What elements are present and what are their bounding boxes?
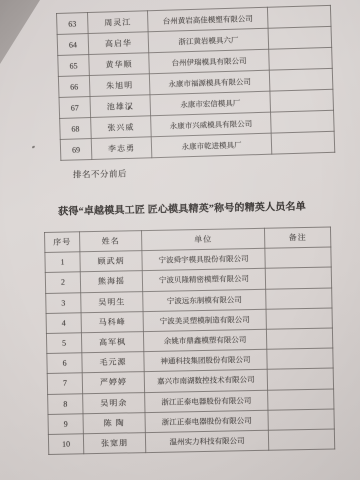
cell-unit: 浙江正泰电器股份有限公司: [145, 390, 268, 413]
cell-no: 1: [45, 252, 80, 273]
ranking-table: 63 周灵江 台州黄岩高佳模塑有限公司 64 高启华 浙江黄岩模具六厂 65 黄…: [56, 5, 335, 161]
cell-remark: [271, 110, 335, 133]
cell-name: 高军枫: [81, 332, 143, 353]
cell-no: 69: [60, 139, 92, 161]
cell-unit: 宁波远东制模有限公司: [143, 289, 266, 312]
cell-no: 8: [48, 393, 83, 414]
cell-remark: [266, 308, 332, 329]
cell-name: 顾武炳: [80, 251, 142, 272]
cell-unit: 宁波贝隆精密模塑有限公司: [142, 269, 265, 292]
cell-name: 严婷婷: [82, 372, 144, 393]
cell-no: 3: [46, 292, 81, 313]
cell-unit: 余姚市鼎鑫模塑有限公司: [143, 329, 266, 352]
cell-name: 黄华顺: [89, 53, 150, 76]
cell-remark: [266, 328, 332, 349]
cell-name: 吴明余: [83, 392, 145, 413]
cell-remark: [269, 47, 333, 70]
cell-remark: [268, 388, 334, 409]
cell-name: 陈 陶: [83, 412, 145, 433]
cell-name: 池雄汉: [90, 95, 151, 118]
cell-name: 熊海摇: [80, 271, 142, 292]
cell-name: 张兴威: [91, 116, 152, 139]
header-no: 序号: [45, 232, 80, 253]
cell-unit: 神通科技集团股份有限公司: [144, 349, 267, 372]
cell-remark: [271, 131, 335, 154]
cell-name: 周灵江: [88, 11, 149, 34]
cell-no: 6: [47, 353, 82, 374]
cell-name: 马科峰: [81, 311, 143, 332]
page-corner-shadow: [0, 0, 60, 80]
cell-name: 毛元源: [82, 352, 144, 373]
cell-no: 66: [58, 76, 90, 98]
cell-no: 67: [59, 97, 91, 119]
cell-unit: 浙江正泰电器股份有限公司: [145, 410, 268, 433]
document-photo: 63 周灵江 台州黄岩高佳模塑有限公司 64 高启华 浙江黄岩模具六厂 65 黄…: [0, 0, 360, 480]
cell-unit: 嘉兴市南湖数控技术有限公司: [144, 370, 267, 393]
cell-name: 张宽朋: [83, 432, 145, 453]
cell-remark: [265, 247, 331, 268]
cell-remark: [266, 288, 332, 309]
cell-no: 63: [57, 13, 89, 35]
cell-no: 4: [46, 313, 81, 334]
cell-no: 65: [58, 55, 90, 77]
award-list-title: 获得“卓越模具工匠 匠心模具精英”称号的精英人员名单: [38, 197, 326, 218]
cell-name: 高启华: [88, 32, 149, 55]
ink-speck: [32, 145, 36, 148]
cell-remark: [270, 89, 334, 112]
cell-remark: [269, 68, 333, 91]
header-unit: 单位: [141, 228, 264, 251]
cell-unit: 温州实力科技有限公司: [145, 430, 268, 453]
award-table: 序号 姓名 单位 备注 1 顾武炳 宁波舜宇模具股份有限公司 2 熊海摇 宁波贝…: [44, 226, 335, 455]
cell-name: 吴明生: [81, 291, 143, 312]
cell-unit: 宁波舜宇模具股份有限公司: [142, 248, 265, 271]
cell-remark: [267, 5, 331, 28]
cell-remark: [267, 368, 333, 389]
cell-no: 2: [45, 272, 80, 293]
cell-no: 5: [46, 333, 81, 354]
cell-no: 64: [57, 34, 89, 56]
cell-no: 68: [60, 118, 92, 140]
cell-name: 朱旭明: [89, 74, 150, 97]
cell-remark: [268, 26, 332, 49]
cell-name: 李志勇: [91, 137, 152, 160]
cell-remark: [267, 348, 333, 369]
cell-no: 10: [48, 434, 83, 455]
cell-remark: [265, 267, 331, 288]
cell-company: 永康市乾进模具厂: [151, 133, 272, 158]
table-row: 10 张宽朋 温州实力科技有限公司: [48, 429, 334, 455]
cell-no: 7: [47, 373, 82, 394]
cell-no: 9: [48, 413, 83, 434]
header-name: 姓名: [80, 231, 142, 252]
cell-unit: 宁波美灵塑模制造有限公司: [143, 309, 266, 332]
ranking-note: 排名不分前后: [73, 168, 127, 181]
cell-remark: [268, 429, 334, 450]
cell-remark: [268, 409, 334, 430]
header-remark: 备注: [264, 227, 330, 248]
